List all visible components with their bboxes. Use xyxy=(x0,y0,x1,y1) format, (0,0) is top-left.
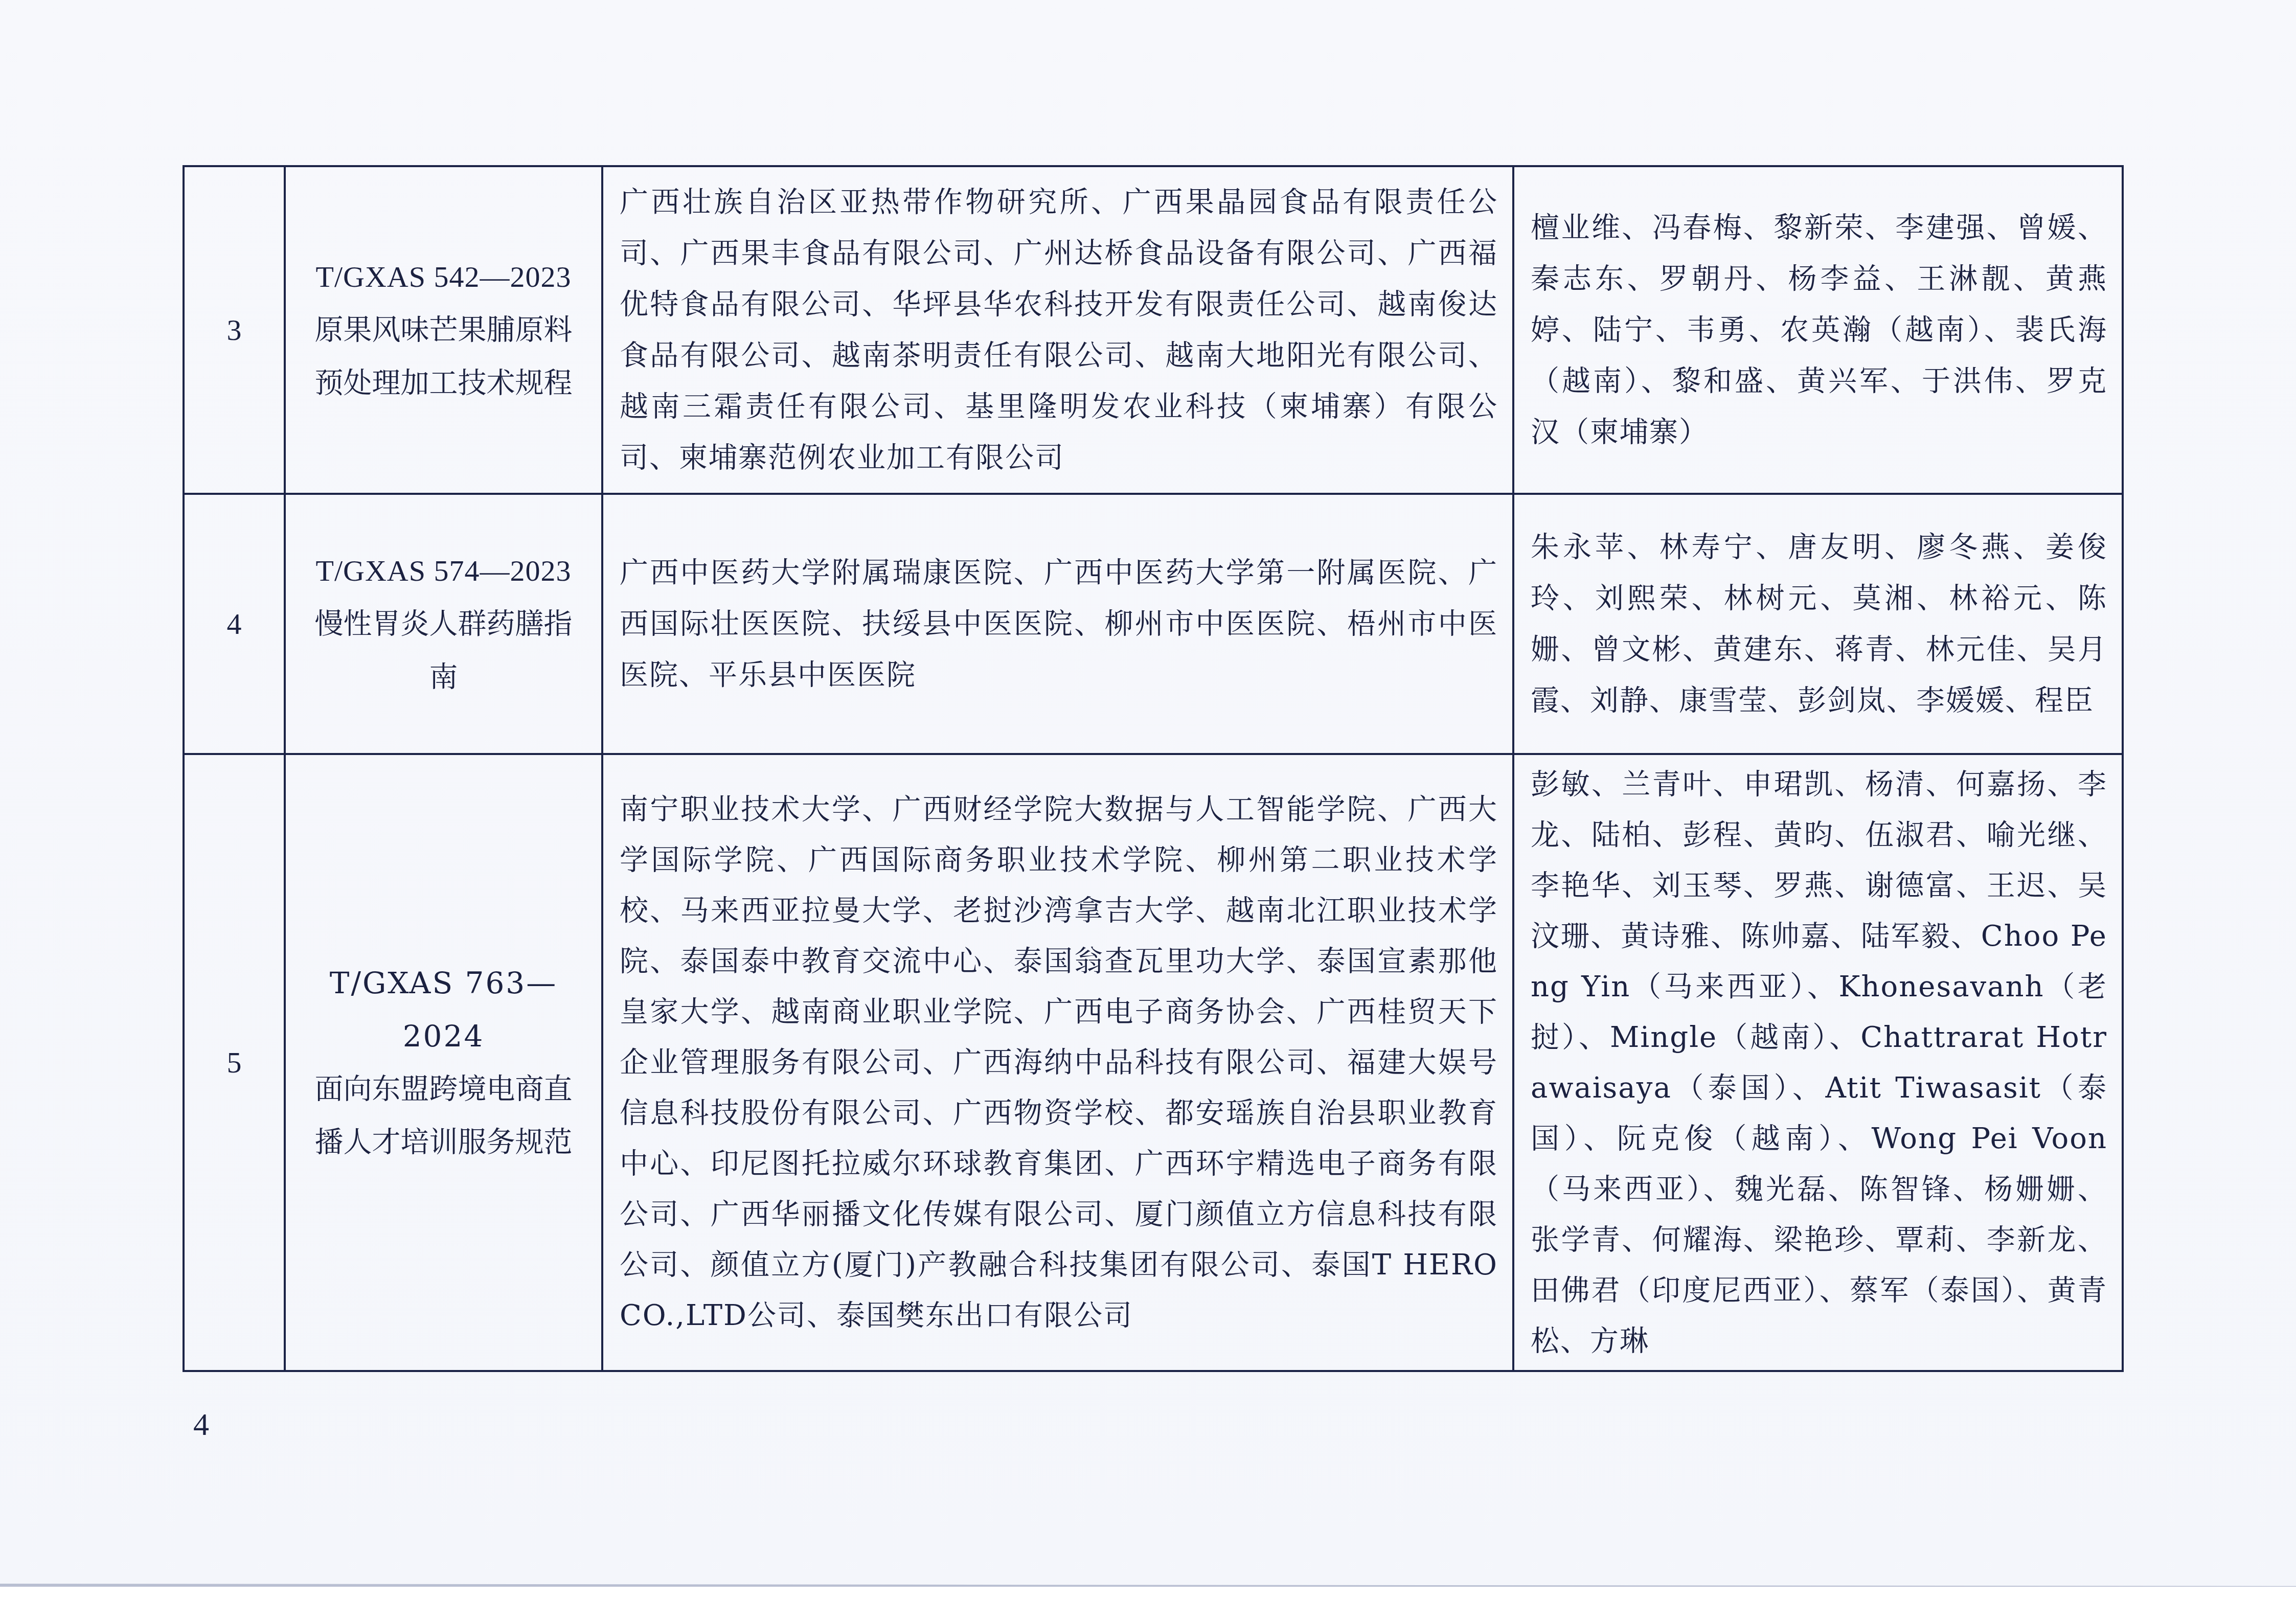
standard-code: T/GXAS 542—2023 xyxy=(301,250,586,304)
standard-name: 面向东盟跨境电商直播人才培训服务规范 xyxy=(315,1072,573,1159)
document-page: 3 T/GXAS 542—2023 原果风味芒果脯原料预处理加工技术规程 广西壮… xyxy=(0,0,2296,1622)
page-number: 4 xyxy=(193,1407,209,1443)
standard-cell: T/GXAS 542—2023 原果风味芒果脯原料预处理加工技术规程 xyxy=(285,166,602,494)
table-row: 5 T/GXAS 763—2024 面向东盟跨境电商直播人才培训服务规范 南宁职… xyxy=(184,754,2123,1371)
standard-name: 慢性胃炎人群药膳指南 xyxy=(315,607,573,694)
organizations-cell: 南宁职业技术大学、广西财经学院大数据与人工智能学院、广西大学国际学院、广西国际商… xyxy=(602,754,1513,1371)
scan-margin xyxy=(0,1587,2296,1622)
organizations-cell: 广西中医药大学附属瑞康医院、广西中医药大学第一附属医院、广西国际壮医医院、扶绥县… xyxy=(602,494,1513,754)
standard-cell: T/GXAS 763—2024 面向东盟跨境电商直播人才培训服务规范 xyxy=(285,754,602,1371)
standards-table: 3 T/GXAS 542—2023 原果风味芒果脯原料预处理加工技术规程 广西壮… xyxy=(183,165,2124,1372)
organizations-cell: 广西壮族自治区亚热带作物研究所、广西果晶园食品有限责任公司、广西果丰食品有限公司… xyxy=(602,166,1513,494)
standard-code: T/GXAS 574—2023 xyxy=(301,544,586,598)
standard-cell: T/GXAS 574—2023 慢性胃炎人群药膳指南 xyxy=(285,494,602,754)
drafters-cell: 彭敏、兰青叶、申珺凯、杨清、何嘉扬、李龙、陆柏、彭程、黄昀、伍淑君、喻光继、李艳… xyxy=(1513,754,2123,1371)
standard-name: 原果风味芒果脯原料预处理加工技术规程 xyxy=(315,313,573,400)
table-row: 3 T/GXAS 542—2023 原果风味芒果脯原料预处理加工技术规程 广西壮… xyxy=(184,166,2123,494)
row-number: 3 xyxy=(184,166,285,494)
drafters-cell: 朱永苹、林寿宁、唐友明、廖冬燕、姜俊玲、刘熙荣、林树元、莫湘、林裕元、陈姗、曾文… xyxy=(1513,494,2123,754)
drafters-cell: 檀业维、冯春梅、黎新荣、李建强、曾媛、秦志东、罗朝丹、杨李益、王淋靓、黄燕婷、陆… xyxy=(1513,166,2123,494)
row-number: 5 xyxy=(184,754,285,1371)
standard-code: T/GXAS 763—2024 xyxy=(301,956,586,1063)
table-row: 4 T/GXAS 574—2023 慢性胃炎人群药膳指南 广西中医药大学附属瑞康… xyxy=(184,494,2123,754)
row-number: 4 xyxy=(184,494,285,754)
